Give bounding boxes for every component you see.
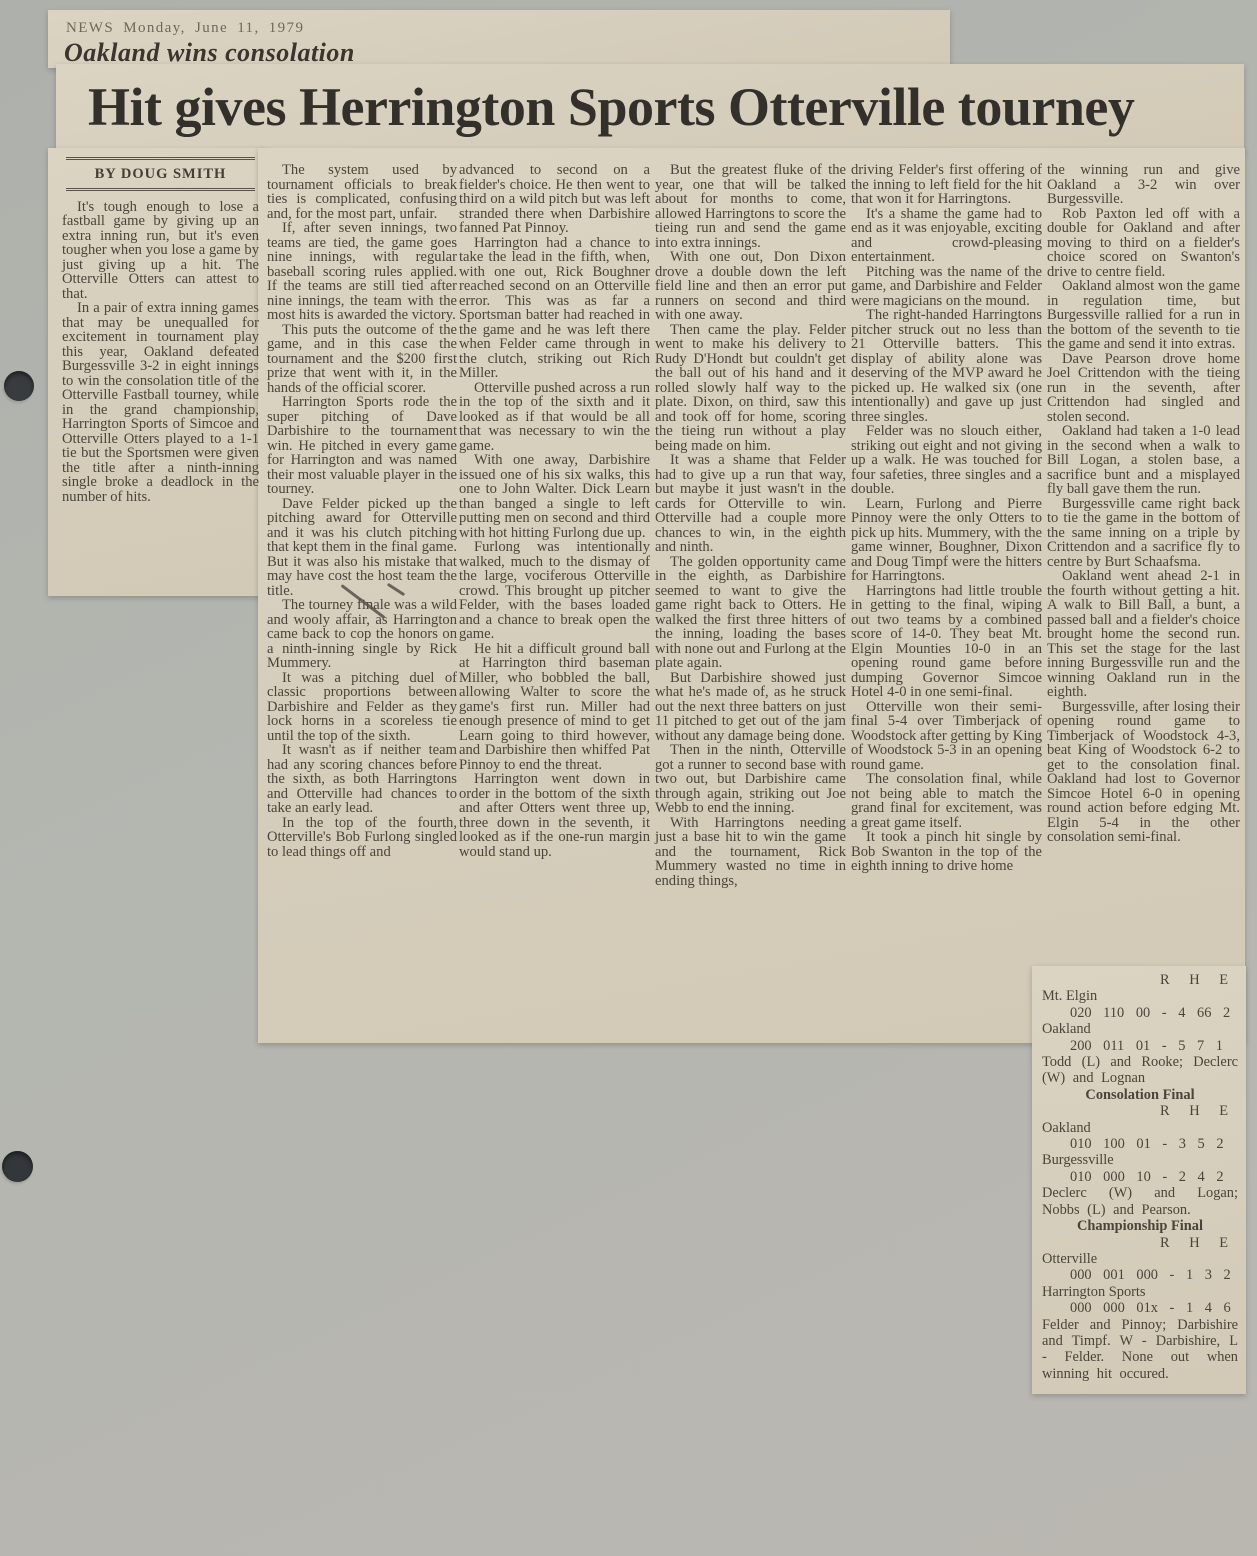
article-paragraph: With one out, Don Dixon drove a double d… (655, 250, 846, 323)
article-paragraph: The consolation final, while not being a… (851, 772, 1042, 830)
article-paragraph: With Harringtons needing just a base hit… (655, 816, 846, 889)
article-paragraph: With one away, Darbishire issued one of … (459, 453, 650, 540)
article-paragraph: The tourney finale was a wild and wooly … (267, 598, 457, 671)
article-paragraph: It wasn't as if neither team had any sco… (267, 743, 457, 816)
boxscore-team: Oakland (1042, 1120, 1238, 1136)
article-paragraph: Oakland had taken a 1-0 lead in the seco… (1047, 424, 1240, 497)
article-paragraph: Otterville pushed across a run in the to… (459, 381, 650, 454)
boxscore-team: Oakland (1042, 1021, 1238, 1037)
rhe-header: R H E (1042, 1103, 1238, 1119)
article-column-6: the winning run and give Oakland a 3-2 w… (1047, 163, 1240, 845)
article-column-1: BY DOUG SMITH It's tough enough to lose … (62, 157, 259, 504)
article-paragraph: Oakland went ahead 2-1 in the fourth wit… (1047, 569, 1240, 700)
article-paragraph: If, after seven innings, two teams are t… (267, 221, 457, 323)
article-paragraph: Harrington had a chance to take the lead… (459, 236, 650, 381)
main-headline: Hit gives Herrington Sports Otterville t… (88, 76, 1238, 138)
article-paragraph: Harrington went down in order in the bot… (459, 772, 650, 859)
boxscore-linescore: 000 000 01x - 1 4 6 (1042, 1300, 1238, 1316)
kicker-headline: Oakland wins consolation (64, 38, 355, 68)
scrapbook-page: NEWS Monday, June 11, 1979 Oakland wins … (0, 0, 1257, 1556)
byline: BY DOUG SMITH (66, 157, 255, 191)
article-paragraph: It took a pinch hit single by Bob Swanto… (851, 830, 1042, 874)
boxscore-consolation-final: Consolation Final R H E Oakland 010 100 … (1042, 1087, 1238, 1218)
article-column-4: But the greatest fluke of the year, one … (655, 163, 846, 888)
article-paragraph: In a pair of extra inning games that may… (62, 301, 259, 504)
boxscore-linescore: 010 100 01 - 3 5 2 (1042, 1136, 1238, 1152)
article-paragraph: The system used by tournament officials … (267, 163, 457, 221)
article-paragraph: Rob Paxton led off with a double for Oak… (1047, 207, 1240, 280)
article-paragraph: driving Felder's first offering of the i… (851, 163, 1042, 207)
article-paragraph: Then in the ninth, Otterville got a runn… (655, 743, 846, 816)
article-paragraph: Felder was no slouch either, striking ou… (851, 424, 1042, 497)
article-paragraph: It's a shame the game had to end as it w… (851, 207, 1042, 265)
masthead-dateline: NEWS Monday, June 11, 1979 (66, 20, 304, 37)
boxscore-team: Otterville (1042, 1251, 1238, 1267)
article-paragraph: the winning run and give Oakland a 3-2 w… (1047, 163, 1240, 207)
article-paragraph: The golden opportunity came in the eight… (655, 555, 846, 671)
column-1-paragraphs: It's tough enough to lose a fastball gam… (62, 200, 259, 505)
boxscore-batteries: Declerc (W) and Logan; Nobbs (L) and Pea… (1042, 1185, 1238, 1218)
article-paragraph: It was a pitching duel of classic propor… (267, 671, 457, 744)
boxscore-title: Championship Final (1042, 1218, 1238, 1234)
article-paragraph: Furlong was intentionally walked, much t… (459, 540, 650, 642)
article-paragraph: Then came the play. Felder went to make … (655, 323, 846, 454)
article-paragraph: Pitching was the name of the game, and D… (851, 265, 1042, 309)
article-paragraph: Harringtons had little trouble in gettin… (851, 584, 1042, 700)
boxscore-title: Consolation Final (1042, 1087, 1238, 1103)
boxscore-linescore: 000 001 000 - 1 3 2 (1042, 1267, 1238, 1283)
article-paragraph: Harrington Sports rode the super pitchin… (267, 395, 457, 497)
article-paragraph: Dave Felder picked up the pitching award… (267, 497, 457, 599)
boxscore-linescore: 010 000 10 - 2 4 2 (1042, 1169, 1238, 1185)
boxscore-linescore: 200 011 01 - 5 7 1 (1042, 1038, 1238, 1054)
boxscore-batteries: Todd (L) and Rooke; Declerc (W) and Logn… (1042, 1054, 1238, 1087)
rhe-header: R H E (1042, 1235, 1238, 1251)
article-paragraph: advanced to second on a fielder's choice… (459, 163, 650, 236)
article-paragraph: But Darbishire showed just what he's mad… (655, 671, 846, 744)
article-paragraph: But the greatest fluke of the year, one … (655, 163, 846, 250)
article-paragraph: Burgessville, after losing their opening… (1047, 700, 1240, 845)
boxscore-semifinal: R H E Mt. Elgin 020 110 00 - 4 66 2 Oakl… (1042, 972, 1238, 1087)
column-5-paragraphs: driving Felder's first offering of the i… (851, 163, 1042, 874)
boxscore-championship-final: Championship Final R H E Otterville 000 … (1042, 1218, 1238, 1382)
column-3-paragraphs: advanced to second on a fielder's choice… (459, 163, 650, 859)
boxscore: R H E Mt. Elgin 020 110 00 - 4 66 2 Oakl… (1042, 972, 1238, 1382)
column-4-paragraphs: But the greatest fluke of the year, one … (655, 163, 846, 888)
article-paragraph: Otterville won their semi-final 5-4 over… (851, 700, 1042, 773)
article-paragraph: It's tough enough to lose a fastball gam… (62, 200, 259, 302)
article-paragraph: This puts the outcome of the game, and i… (267, 323, 457, 396)
article-paragraph: It was a shame that Felder had to give u… (655, 453, 846, 555)
article-paragraph: Burgessville came right back to tie the … (1047, 497, 1240, 570)
rhe-header: R H E (1042, 972, 1238, 988)
article-paragraph: The right-handed Harringtons pitcher str… (851, 308, 1042, 424)
article-paragraph: Oakland almost won the game in regulatio… (1047, 279, 1240, 352)
boxscore-team: Mt. Elgin (1042, 988, 1238, 1004)
article-column-2: The system used by tournament officials … (267, 163, 457, 859)
boxscore-batteries: Felder and Pinnoy; Darbishire and Timpf.… (1042, 1317, 1238, 1383)
article-paragraph: In the top of the fourth, Otterville's B… (267, 816, 457, 860)
article-column-3: advanced to second on a fielder's choice… (459, 163, 650, 859)
article-column-5: driving Felder's first offering of the i… (851, 163, 1042, 874)
column-6-paragraphs: the winning run and give Oakland a 3-2 w… (1047, 163, 1240, 845)
punch-hole-top (4, 371, 34, 401)
article-paragraph: Dave Pearson drove home Joel Crittendon … (1047, 352, 1240, 425)
boxscore-team: Harrington Sports (1042, 1284, 1238, 1300)
column-2-paragraphs: The system used by tournament officials … (267, 163, 457, 859)
boxscore-linescore: 020 110 00 - 4 66 2 (1042, 1005, 1238, 1021)
article-paragraph: Learn, Furlong and Pierre Pinnoy were th… (851, 497, 1042, 584)
punch-hole-bottom (2, 1151, 33, 1182)
article-paragraph: He hit a difficult ground ball at Harrin… (459, 642, 650, 773)
boxscore-team: Burgessville (1042, 1152, 1238, 1168)
